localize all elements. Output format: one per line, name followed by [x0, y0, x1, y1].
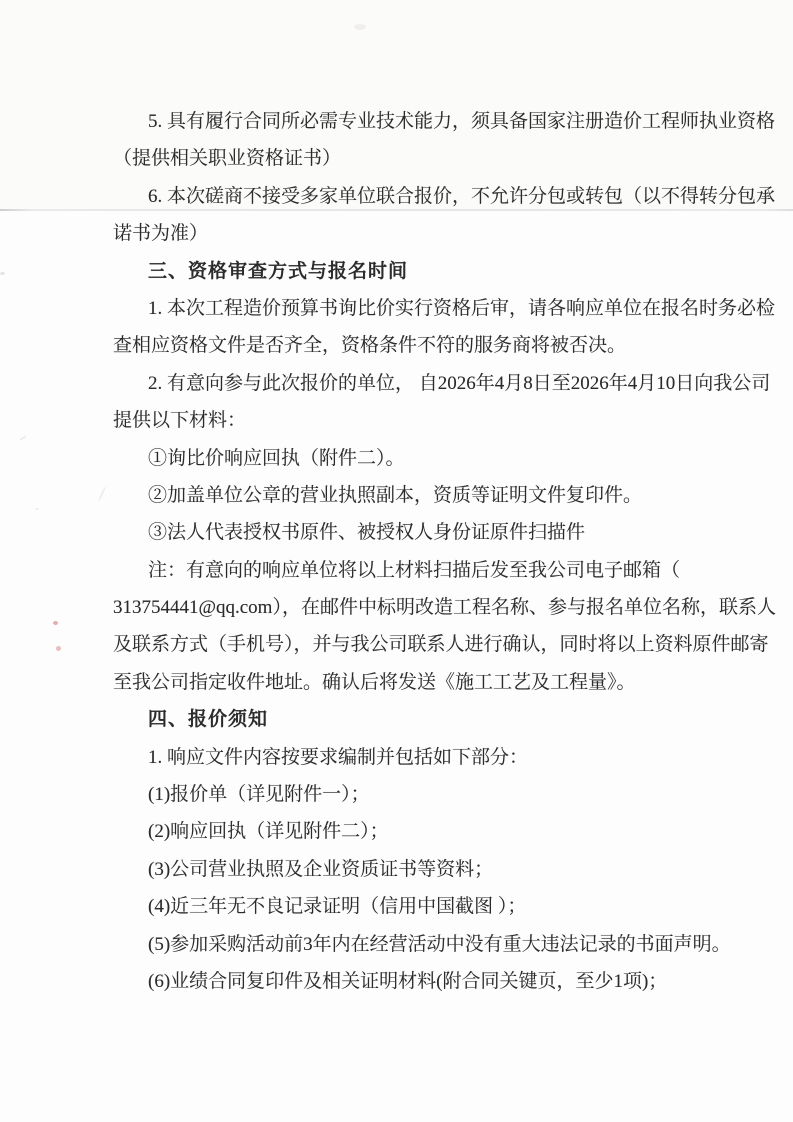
text-line: 5. 具有履行合同所必需专业技术能力，须具备国家注册造价工程师执业资格	[113, 103, 781, 140]
scan-speck	[56, 646, 61, 651]
text-line: 查相应资格文件是否齐全，资格条件不符的服务商将被否决。	[113, 327, 781, 364]
text-line: 诺书为准）	[113, 215, 781, 252]
text-line: 及联系方式（手机号），并与我公司联系人进行确认，同时将以上资料原件邮寄	[113, 626, 781, 663]
text-line: ③法人代表授权书原件、被授权人身份证原件扫描件	[113, 514, 781, 551]
scan-speck	[0, 272, 5, 275]
scanned-document-page: 5. 具有履行合同所必需专业技术能力，须具备国家注册造价工程师执业资格（提供相关…	[0, 0, 793, 1122]
text-line: 6. 本次磋商不接受多家单位联合报价，不允许分包或转包（以不得转分包承	[113, 178, 781, 215]
text-line: (5)参加采购活动前3年内在经营活动中没有重大违法记录的书面声明。	[113, 926, 781, 963]
scan-speck	[19, 435, 27, 441]
text-line: (3)公司营业执照及企业资质证书等资料；	[113, 851, 781, 888]
text-line: 注：有意向的响应单位将以上材料扫描后发至我公司电子邮箱（	[113, 552, 781, 589]
scan-speck	[35, 508, 39, 510]
section-heading: 四、报价须知	[113, 701, 781, 738]
text-line: 1. 响应文件内容按要求编制并包括如下部分：	[113, 739, 781, 776]
text-line: （提供相关职业资格证书）	[113, 140, 781, 177]
text-line: 2. 有意向参与此次报价的单位， 自2026年4月8日至2026年4月10日向我…	[113, 365, 781, 402]
section-heading: 三、资格审查方式与报名时间	[113, 253, 781, 290]
scan-speck	[98, 486, 107, 501]
document-body: 5. 具有履行合同所必需专业技术能力，须具备国家注册造价工程师执业资格（提供相关…	[113, 103, 781, 1000]
text-line: ②加盖单位公章的营业执照副本，资质等证明文件复印件。	[113, 477, 781, 514]
scan-speck	[53, 621, 58, 625]
text-line: (2)响应回执（详见附件二）；	[113, 813, 781, 850]
text-line: 313754441@qq.com），在邮件中标明改造工程名称、参与报名单位名称，…	[113, 589, 781, 626]
text-line: 提供以下材料：	[113, 402, 781, 439]
text-line: 1. 本次工程造价预算书询比价实行资格后审，请各响应单位在报名时务必检	[113, 290, 781, 327]
text-line: ①询比价响应回执（附件二）。	[113, 440, 781, 477]
text-line: 至我公司指定收件地址。确认后将发送《施工工艺及工程量》。	[113, 664, 781, 701]
text-line: (4)近三年无不良记录证明（信用中国截图 ）；	[113, 888, 781, 925]
text-line: (1)报价单（详见附件一）；	[113, 776, 781, 813]
text-line: (6)业绩合同复印件及相关证明材料(附合同关键页，至少1项)；	[113, 963, 781, 1000]
